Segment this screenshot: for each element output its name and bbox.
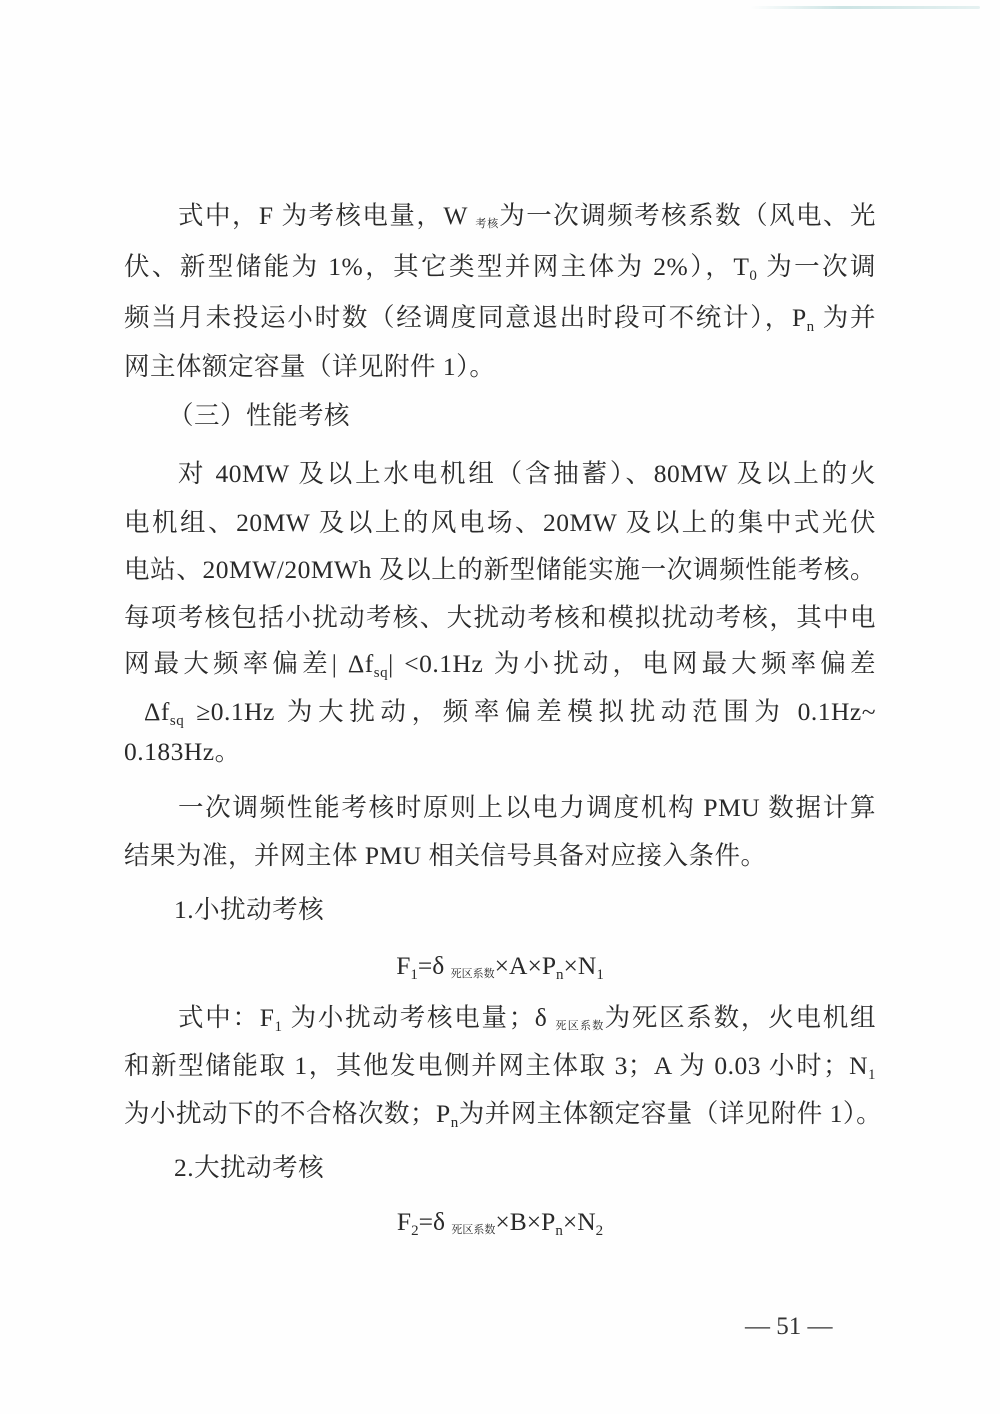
subscript: 考核	[475, 218, 499, 230]
para2-line3: 电站、20MW/20MWh 及以上的新型储能实施一次调频性能考核。	[124, 552, 876, 588]
text: 伏、新型储能为 1%，其它类型并网主体为 2%），T	[124, 252, 749, 281]
text: 式中：F	[178, 1003, 275, 1032]
subscript: 1	[410, 967, 418, 983]
para1-line2: 伏、新型储能为 1%，其它类型并网主体为 2%），T0 为一次调	[124, 249, 876, 285]
text: 式中，F 为考核电量，W	[178, 201, 475, 230]
subscript: 1	[275, 1019, 283, 1035]
subscript: 死区系数	[451, 1224, 495, 1236]
formula-f2: F2=δ 死区系数×B×Pn×N2	[0, 1204, 1000, 1240]
text: 为并	[815, 303, 876, 332]
text: F	[397, 1207, 411, 1236]
text: | <0.1Hz 为小扰动，电网最大频率偏差	[388, 649, 876, 678]
para2-line4: 每项考核包括小扰动考核、大扰动考核和模拟扰动考核，其中电	[124, 600, 876, 636]
subscript: sq	[374, 665, 388, 681]
text: Δf	[144, 697, 170, 726]
para2-line1: 对 40MW 及以上水电机组（含抽蓄）、80MW 及以上的火	[178, 456, 876, 492]
text: 为一次调	[757, 252, 876, 281]
subscript: 死区系数	[451, 968, 495, 980]
item1-explain-line2: 和新型储能取 1，其他发电侧并网主体取 3；A 为 0.03 小时；N1	[124, 1048, 876, 1084]
subscript: n	[451, 1115, 459, 1131]
text: =δ	[419, 1207, 452, 1236]
para3-line1: 一次调频性能考核时原则上以电力调度机构 PMU 数据计算	[178, 790, 876, 826]
para2-line5: 网最大频率偏差| Δfsq| <0.1Hz 为小扰动，电网最大频率偏差	[124, 646, 876, 682]
text: ≥0.1Hz 为大扰动，频率偏差模拟扰动范围为 0.1Hz~	[184, 697, 876, 726]
scan-artifact	[750, 6, 980, 9]
item1-heading: 1.小扰动考核	[174, 892, 872, 928]
text: 为一次调频考核系数（风电、光	[499, 201, 876, 230]
para2-line6: Δfsq ≥0.1Hz 为大扰动，频率偏差模拟扰动范围为 0.1Hz~	[144, 694, 876, 730]
text: ×A×P	[495, 951, 556, 980]
item1-explain-line3: 为小扰动下的不合格次数；Pn为并网主体额定容量（详见附件 1）。	[124, 1096, 876, 1132]
subscript: n	[807, 319, 815, 335]
subscript: 1	[596, 967, 604, 983]
formula-f1: F1=δ 死区系数×A×Pn×N1	[0, 948, 1000, 984]
text: 和新型储能取 1，其他发电侧并网主体取 3；A 为 0.03 小时；N	[124, 1051, 868, 1080]
subscript: 2	[411, 1223, 419, 1239]
para1-line4: 网主体额定容量（详见附件 1）。	[124, 349, 876, 385]
subscript: sq	[170, 713, 184, 729]
para1-line3: 频当月未投运小时数（经调度同意退出时段可不统计），Pn 为并	[124, 300, 876, 336]
text: ×N	[563, 1207, 596, 1236]
para3-line2: 结果为准，并网主体 PMU 相关信号具备对应接入条件。	[124, 838, 876, 874]
subscript: 1	[868, 1067, 876, 1083]
text: 频当月未投运小时数（经调度同意退出时段可不统计），P	[124, 303, 807, 332]
section-heading: （三）性能考核	[168, 398, 866, 434]
para1-line1: 式中，F 为考核电量，W 考核为一次调频考核系数（风电、光	[178, 198, 876, 234]
text: 为并网主体额定容量（详见附件 1）。	[459, 1099, 882, 1128]
text: 为小扰动下的不合格次数；P	[124, 1099, 451, 1128]
text: ×B×P	[495, 1207, 555, 1236]
text: F	[396, 951, 410, 980]
item2-heading: 2.大扰动考核	[174, 1150, 872, 1186]
subscript: 2	[596, 1223, 604, 1239]
subscript: 死区系数	[555, 1020, 604, 1032]
text: =δ	[418, 951, 451, 980]
page-number: — 51 —	[745, 1312, 833, 1342]
text: 为小扰动考核电量；δ	[283, 1003, 556, 1032]
text: ×N	[564, 951, 597, 980]
text: 为死区系数，火电机组	[605, 1003, 876, 1032]
subscript: n	[556, 967, 564, 983]
subscript: n	[555, 1223, 563, 1239]
para2-line2: 电机组、20MW 及以上的风电场、20MW 及以上的集中式光伏	[124, 505, 876, 541]
text: 网最大频率偏差| Δf	[124, 649, 374, 678]
para2-line7: 0.183Hz。	[124, 734, 876, 770]
item1-explain-line1: 式中：F1 为小扰动考核电量；δ 死区系数为死区系数，火电机组	[178, 1000, 876, 1036]
document-page: 式中，F 为考核电量，W 考核为一次调频考核系数（风电、光 伏、新型储能为 1%…	[0, 0, 1000, 1414]
